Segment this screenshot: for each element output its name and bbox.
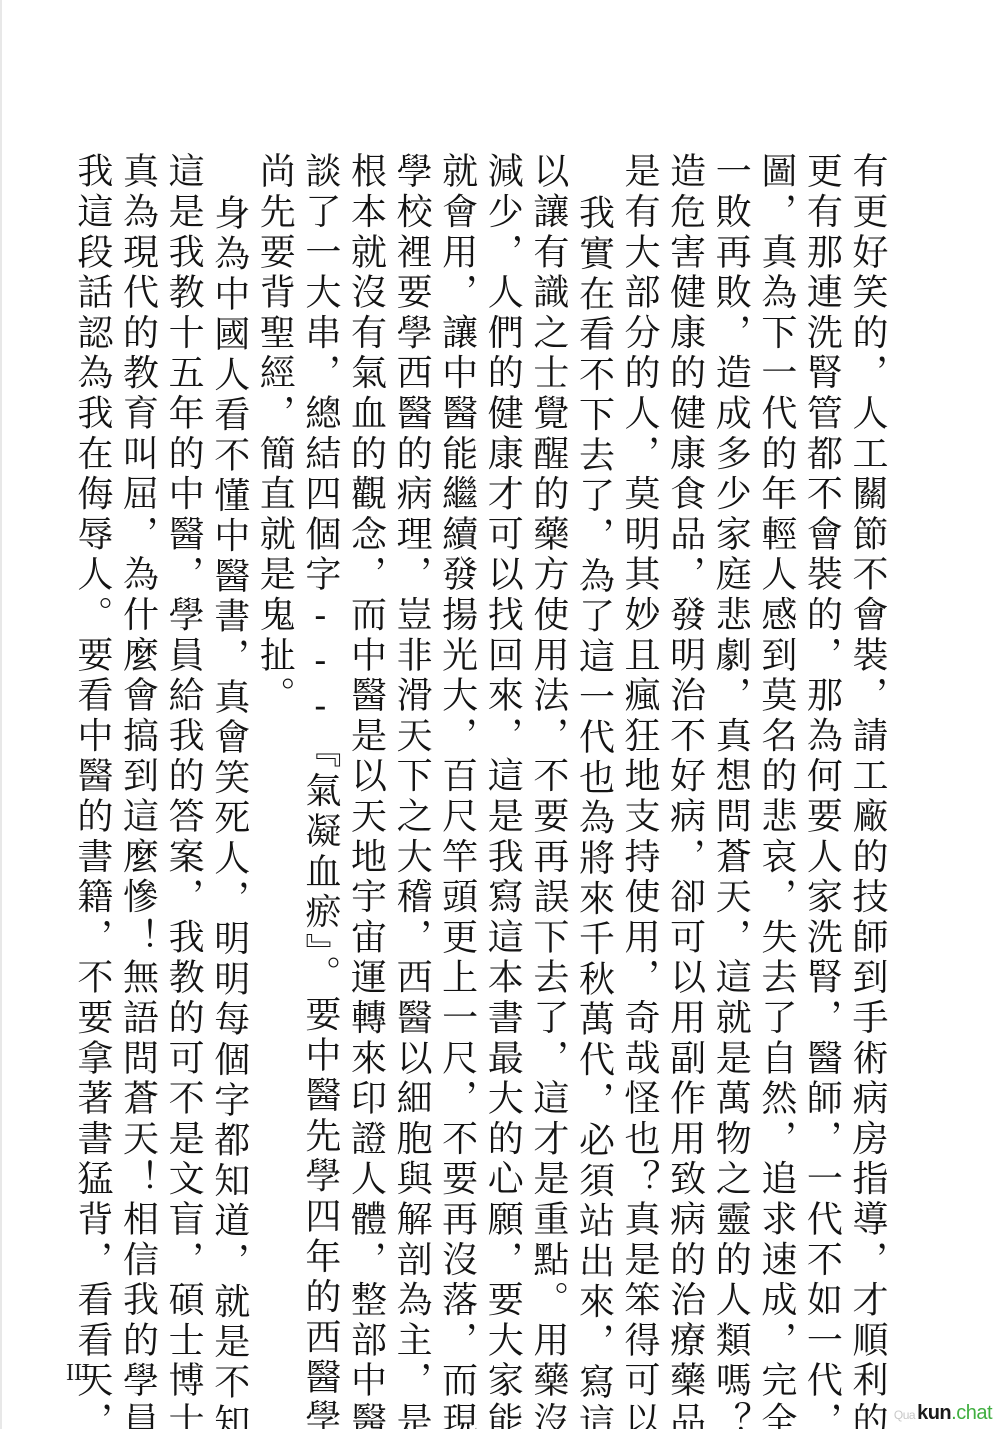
text-column-8: 以讓有識之士覺醒的藥方使用法，不要再誤下去了，這才是重點。用藥沒錯，誤治就 [525,152,571,1362]
text-column-10: 就會用，讓中醫能繼續發揚光大，百尺竿頭更上一尺，不要再沒落，而現今的中醫在 [434,152,480,1362]
text-column-7-paragraph-start: 我實在看不下去了，為了這一代也為將來千秋萬代，必須站出來，寫這一本還算可 [571,152,617,1362]
text-column-14: 尚先要背聖經，簡直就是鬼扯。 [252,152,298,1362]
text-column-1: 有更好笑的，人工關節不會裝，請工廠的技師到手術病房指導，才順利的完成手術， [844,152,890,1362]
text-column-18: 我這段話認為我在侮辱人。要看中醫的書籍，不要拿著書猛背，看看天，看看地，看 [69,152,115,1362]
text-column-2: 更有那連洗腎管都不會裝的，那為何要人家洗腎，醫師，一代不如一代，惟名利是 [799,152,845,1362]
text-column-6: 是有大部分的人，莫明其妙且瘋狂地支持使用，奇哉怪也？真是笨得可以。 [616,152,662,1362]
text-column-11: 學校裡要學西醫的病理，豈非滑天下之大稽，西醫以細胞與解剖為主，是死人醫學， [388,152,434,1362]
vertical-text-body: 有更好笑的，人工關節不會裝，請工廠的技師到手術病房指導，才順利的完成手術， 更有… [69,152,890,1362]
text-column-5: 造危害健康的健康食品，發明治不好病，卻可以用副作用致病的治療藥品，最可憐的 [662,152,708,1362]
watermark-tld: .chat [951,1402,992,1424]
text-column-3: 圖，真為下一代的年輕人感到莫名的悲哀，失去了自然，追求速成，完全違反天道， [753,152,799,1362]
text-column-4: 一敗再敗，造成多少家庭悲劇，真想問蒼天，這就是萬物之靈的人類嗎？一天到晚創 [708,152,754,1362]
text-column-15-paragraph-start: 身為中國人看不懂中醫書，真會笑死人，明明每個字都知道，就是不知所言為何， [206,152,252,1362]
watermark-prefix: Qua [894,1408,915,1422]
text-column-16: 這是我教十五年的中醫，學員給我的答案，我教的可不是文盲，碩士博士大有人在， [161,152,207,1362]
text-column-17: 真為現代的教育叫屈，為什麼會搞到這麼慘！無語問蒼天！相信我的學員，絕不會為 [115,152,161,1362]
page-edge [0,0,2,1429]
text-column-13: 談了一大串，總結四個字---『氣凝血瘀』。要中醫先學四年的西醫學，難不成要當和 [297,152,343,1362]
watermark-main: kun [917,1402,951,1424]
text-column-9: 減少，人們的健康才可以找回來，這是我寫這本書最大的心願，要大家能懂，看懂了 [480,152,526,1362]
watermark-logo: Quakun.chat [894,1402,992,1425]
text-column-12: 根本就沒有氣血的觀念，而中醫是以天地宇宙運轉來印證人體，整部中醫都在談病， [343,152,389,1362]
page-number: III [66,1360,90,1387]
